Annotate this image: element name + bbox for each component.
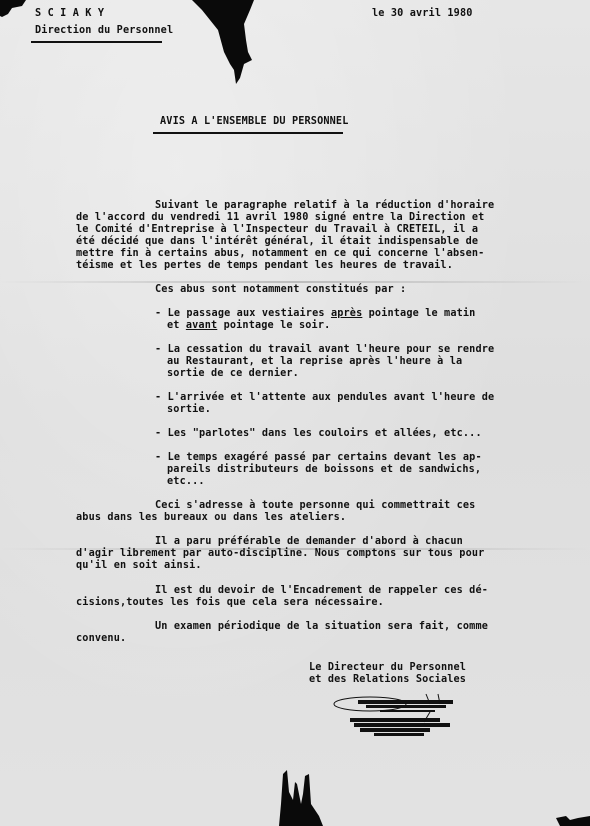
list-item-line: pareils distributeurs de boissons et de … bbox=[167, 464, 481, 476]
document-date: le 30 avril 1980 bbox=[372, 8, 473, 20]
text-span: pointage le soir. bbox=[217, 320, 330, 331]
paragraph-line: d'agir librement par auto-discipline. No… bbox=[76, 548, 484, 560]
intro-line: de l'accord du vendredi 11 avril 1980 si… bbox=[76, 212, 484, 224]
signature-scribble bbox=[330, 692, 480, 742]
header-rule bbox=[31, 41, 162, 43]
title-rule bbox=[153, 132, 343, 134]
paragraph-line: convenu. bbox=[76, 633, 126, 645]
intro-line: été décidé que dans l'intérêt général, i… bbox=[76, 236, 478, 248]
list-item-line: - Le temps exagéré passé par certains de… bbox=[155, 452, 482, 464]
paragraph-line: Il est du devoir de l'Encadrement de rap… bbox=[155, 585, 488, 597]
document-page: S C I A K Y Direction du Personnel le 30… bbox=[0, 0, 590, 826]
list-item-line: et avant pointage le soir. bbox=[167, 320, 330, 332]
intro-line: Suivant le paragraphe relatif à la réduc… bbox=[155, 200, 494, 212]
paragraph-line: cisions,toutes les fois que cela sera né… bbox=[76, 597, 384, 609]
text-span: pointage le matin bbox=[362, 308, 475, 319]
paragraph-line: Un examen périodique de la situation ser… bbox=[155, 621, 488, 633]
signatory-title: et des Relations Sociales bbox=[309, 674, 466, 686]
text-span: et bbox=[167, 320, 186, 331]
list-item-line: - La cessation du travail avant l'heure … bbox=[155, 344, 494, 356]
torn-corner-top-left bbox=[0, 0, 30, 22]
torn-corner-bottom-right bbox=[556, 814, 590, 826]
intro-line: le Comité d'Entreprise à l'Inspecteur du… bbox=[76, 224, 478, 236]
paragraph-line: Il a paru préférable de demander d'abord… bbox=[155, 536, 463, 548]
intro-line: mettre fin à certains abus, notamment en… bbox=[76, 248, 484, 260]
intro-line: téisme et les pertes de temps pendant le… bbox=[76, 260, 453, 272]
list-item-line: sortie. bbox=[167, 404, 211, 416]
list-item-line: - Les "parlotes" dans les couloirs et al… bbox=[155, 428, 482, 440]
torn-hole-bottom bbox=[275, 764, 325, 826]
document-title: AVIS A L'ENSEMBLE DU PERSONNEL bbox=[160, 116, 349, 128]
list-item-line: sortie de ce dernier. bbox=[167, 368, 299, 380]
underlined-word: après bbox=[331, 308, 362, 319]
underlined-word: avant bbox=[186, 320, 217, 331]
list-item-line: - L'arrivée et l'attente aux pendules av… bbox=[155, 392, 494, 404]
text-span: - Le passage aux vestiaires bbox=[155, 308, 331, 319]
signatory-title: Le Directeur du Personnel bbox=[309, 662, 466, 674]
department-name: Direction du Personnel bbox=[35, 25, 173, 37]
paragraph-line: Ceci s'adresse à toute personne qui comm… bbox=[155, 500, 475, 512]
paragraph-line: abus dans les bureaux ou dans les atelie… bbox=[76, 512, 346, 524]
list-item-line: au Restaurant, et la reprise après l'heu… bbox=[167, 356, 462, 368]
paragraph-line: qu'il en soit ainsi. bbox=[76, 560, 202, 572]
fold-line bbox=[0, 281, 590, 283]
company-name: S C I A K Y bbox=[35, 8, 104, 20]
list-item-line: - Le passage aux vestiaires après pointa… bbox=[155, 308, 475, 320]
list-item-line: etc... bbox=[167, 476, 205, 488]
torn-hole-top bbox=[180, 0, 260, 90]
list-intro: Ces abus sont notamment constitués par : bbox=[155, 284, 406, 296]
